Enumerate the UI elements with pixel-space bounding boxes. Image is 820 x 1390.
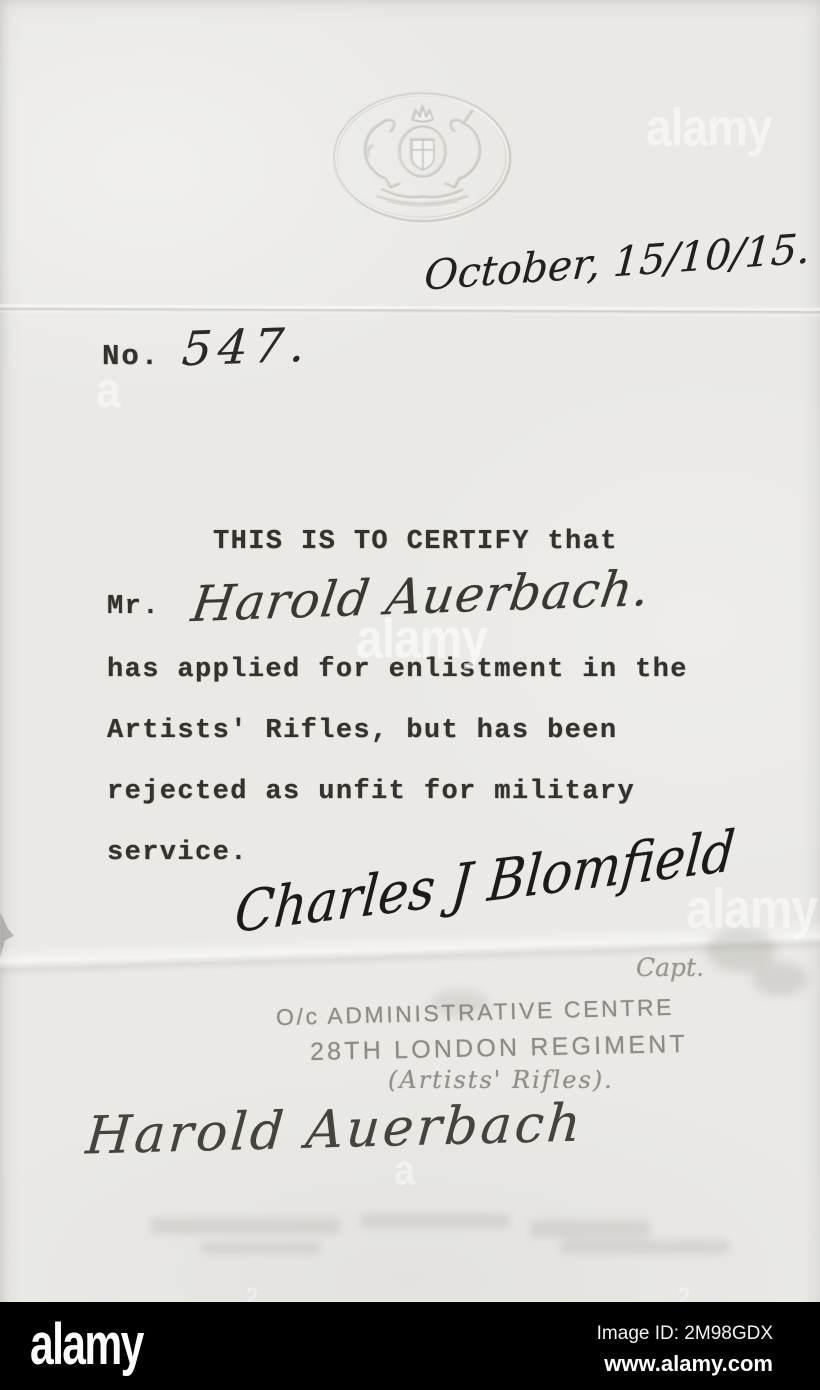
- alamy-url-text: www.alamy.com: [597, 1350, 773, 1378]
- bottom-signature-handwritten: Harold Auerbach: [84, 1093, 586, 1166]
- date-handwritten: October, 15/10/15.: [423, 224, 812, 299]
- body-line-4: service.: [107, 838, 248, 868]
- applicant-name-handwritten: Harold Auerbach.: [188, 560, 654, 633]
- faint-ink-impression: [530, 1220, 650, 1238]
- body-line-2: Artists' Rifles, but has been: [107, 716, 617, 746]
- salutation-label: Mr.: [107, 592, 160, 622]
- faint-ink-impression: [360, 1214, 510, 1228]
- scanned-letter-photo: October, 15/10/15. No. 547. THIS IS TO C…: [0, 0, 820, 1390]
- faint-ink-impression: [150, 1218, 340, 1234]
- paper-fold-crease-top: [0, 304, 820, 318]
- stamp-line-regiment: 28TH LONDON REGIMENT: [310, 1030, 688, 1067]
- body-line-3: rejected as unfit for military: [107, 777, 635, 807]
- ink-smudge: [752, 962, 808, 996]
- body-line-1: has applied for enlistment in the: [107, 655, 688, 685]
- faint-ink-impression: [200, 1242, 320, 1254]
- number-handwritten: 547.: [180, 318, 312, 378]
- alamy-footer-bar: alamy Image ID: 2M98GDX www.alamy.com: [0, 1302, 820, 1390]
- alamy-logo: alamy: [30, 1316, 143, 1374]
- image-id-text: Image ID: 2M98GDX: [597, 1322, 773, 1346]
- faint-ink-impression: [560, 1240, 730, 1254]
- stamp-line-artists-rifles: (Artists' Rifles).: [388, 1066, 614, 1094]
- footer-credit-block: Image ID: 2M98GDX www.alamy.com: [597, 1322, 773, 1377]
- number-label: No.: [102, 340, 160, 373]
- certify-line: THIS IS TO CERTIFY that: [213, 527, 618, 557]
- royal-coat-of-arms-embossed-icon: [328, 88, 518, 228]
- stamp-line-administrative-centre: O/c ADMINISTRATIVE CENTRE: [276, 994, 675, 1031]
- signature-rank-stamp: Capt.: [636, 953, 704, 982]
- alamy-watermark: alamy: [646, 96, 771, 158]
